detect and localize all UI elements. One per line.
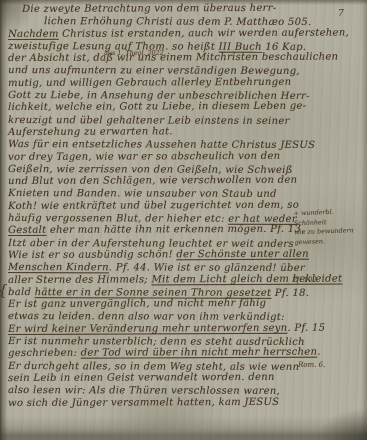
manuscript-line: sein Leib in einen Geist verwandelt word… [8, 372, 316, 386]
manuscript-page: Die zweyte Betrachtung von dem überaus h… [0, 0, 367, 440]
margin-brace-mark: { [0, 281, 8, 299]
manuscript-line: lichkeit, welche ein, Gott zu Liebe, in … [8, 101, 316, 115]
margin-romans-ref: Rom. 6. [298, 361, 325, 369]
margin-psalm-ref: Pf. 102. [292, 276, 319, 284]
manuscript-line: und Blut von den Schlägen, wie verschwol… [8, 175, 316, 189]
interlinear-note: aus 1. Theol. 2022. [104, 49, 166, 57]
margin-side-note: + wunderbl. Schönheitwie zu bewunderngew… [293, 207, 366, 248]
manuscript-line: geschrieben: der Tod wird über ihn nicht… [8, 347, 316, 361]
manuscript-line: Gestalt eher man hätte ihn nit erkennen … [8, 224, 316, 238]
manuscript-line: Er wird keiner Veränderung mehr unterwor… [8, 322, 316, 336]
manuscript-line: vor drey Tagen, wie war er so abscheulic… [8, 150, 316, 164]
manuscript-line: Koth! wie entkräftet und übel zugerichte… [8, 199, 316, 213]
manuscript-line: aller Sterne des Himmels; Mit dem Licht … [8, 273, 316, 287]
manuscript-line: Wie ist er so ausbündig schön! der Schön… [8, 249, 316, 263]
manuscript-line: Nachdem Christus ist erstanden, auch wir… [8, 27, 316, 41]
manuscript-line: mutig, und willigen Gebrauch allerley En… [8, 76, 316, 90]
manuscript-line: Er ist ganz unvergänglich, und nicht meh… [8, 298, 316, 312]
manuscript-line: Auferstehung zu erwarten hat. [8, 126, 316, 140]
manuscript-line: Die zweyte Betrachtung von dem überaus h… [8, 3, 316, 17]
page-number: 7 [338, 9, 344, 19]
manuscript-text: Die zweyte Betrachtung von dem überaus h… [8, 4, 316, 410]
manuscript-line: wo sich die Jünger versammelt hatten, ka… [8, 396, 316, 410]
margin-side-note-line: + wunderbl. Schönheit [293, 207, 366, 229]
margin-side-note-line: gewesen. [294, 236, 366, 248]
